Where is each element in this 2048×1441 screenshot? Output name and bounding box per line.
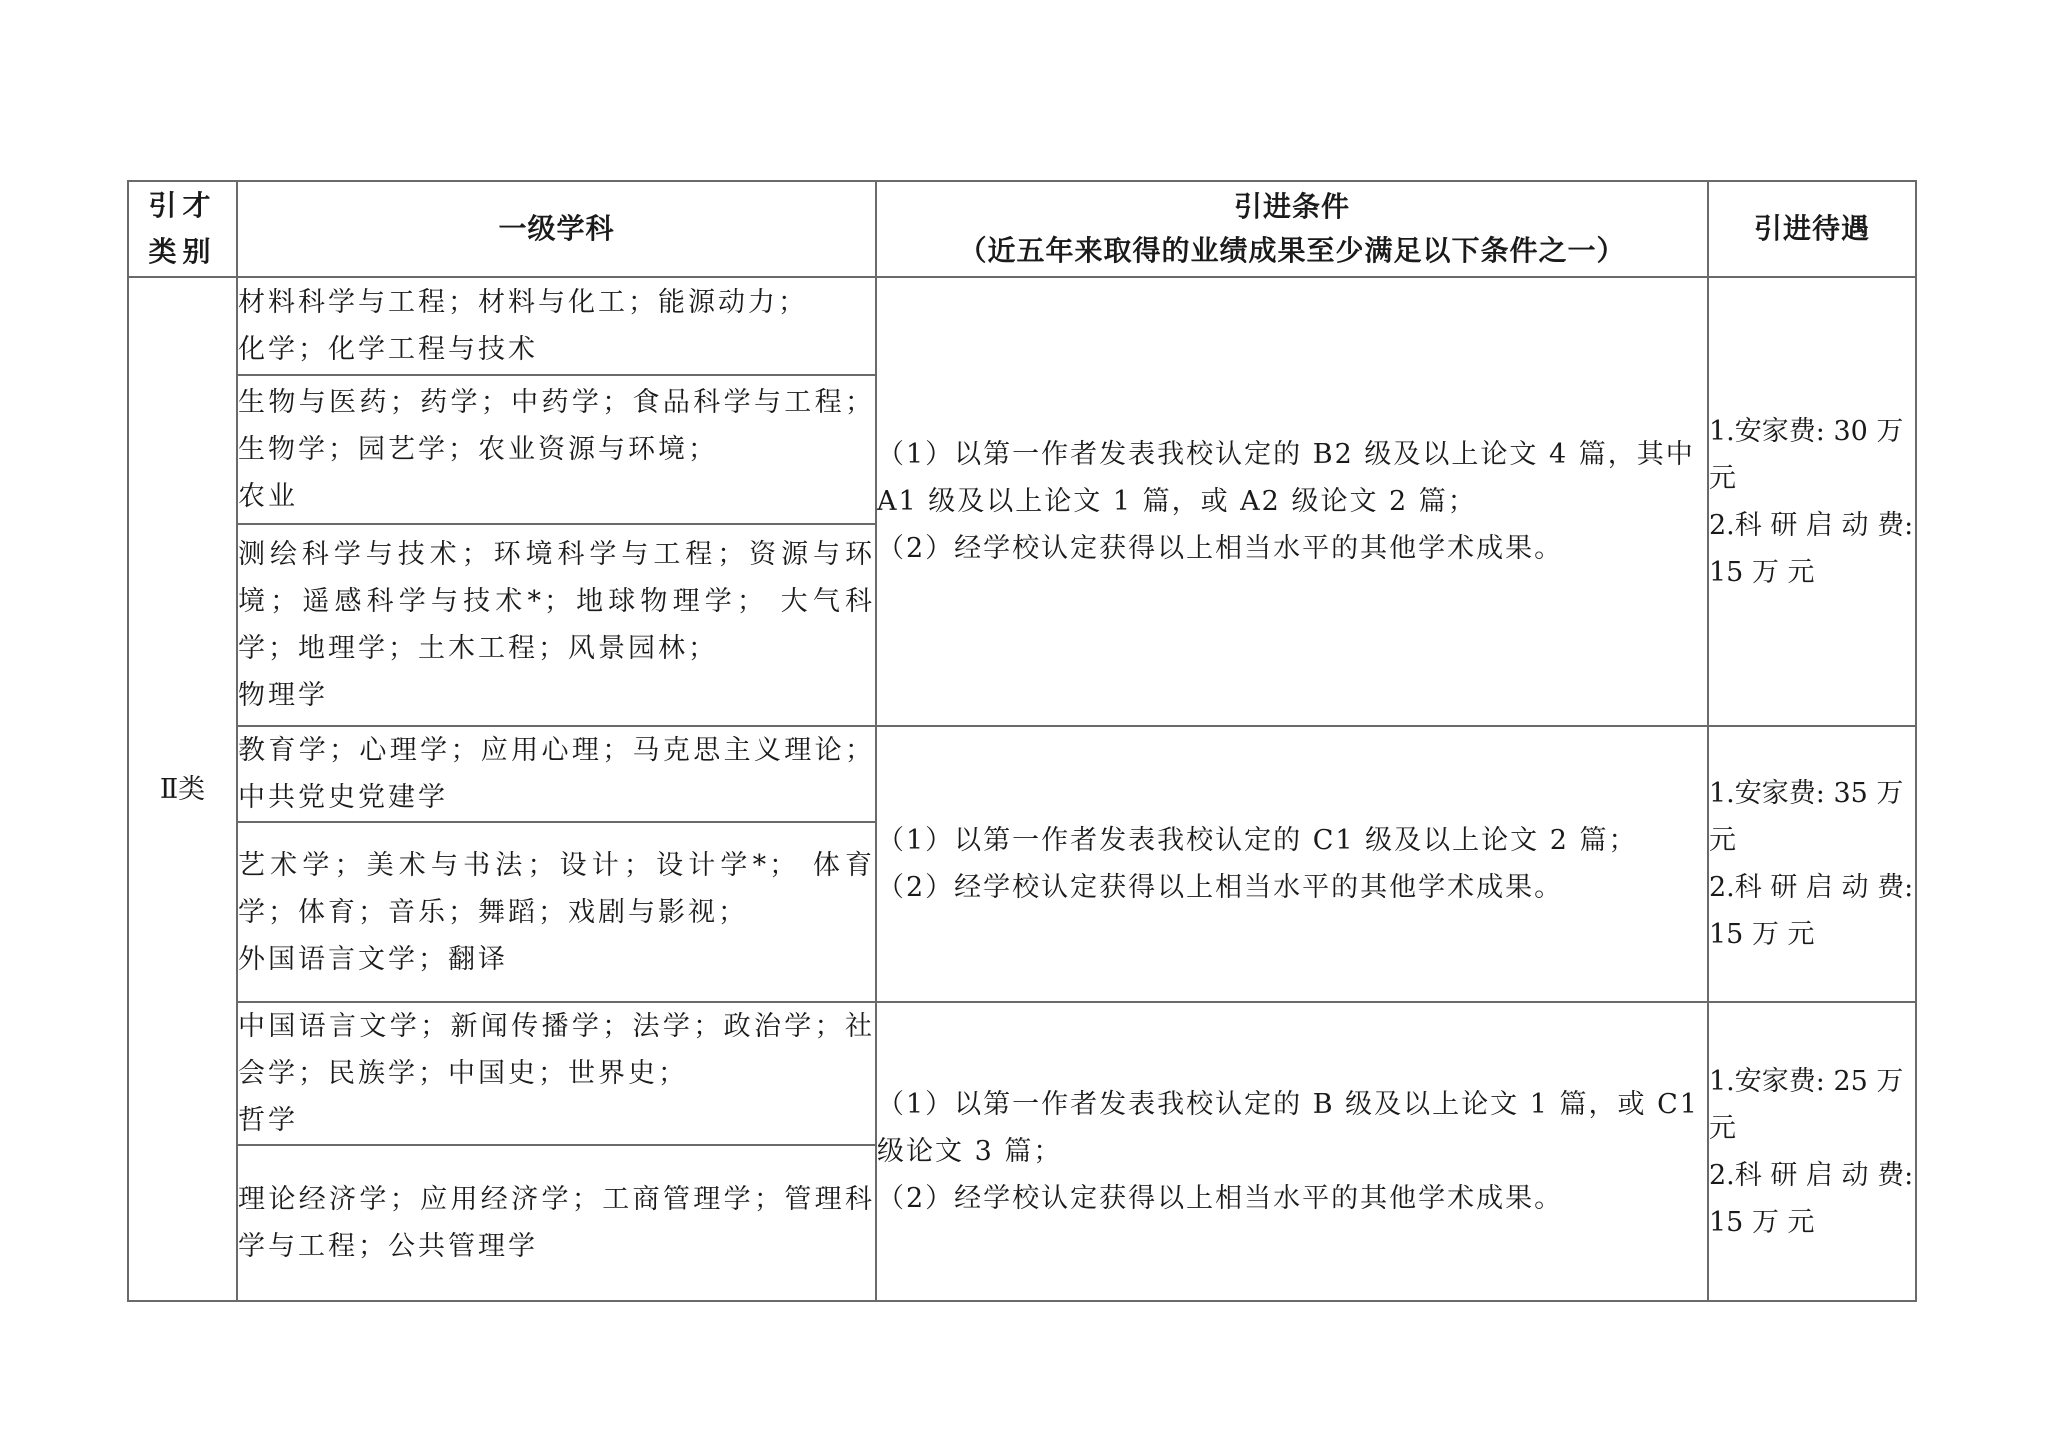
condition-item: （1）以第一作者发表我校认定的 C1 级及以上论文 2 篇；: [877, 817, 1707, 864]
benefits-cell: 1.安家费: 30 万元 2.科 研 启 动 费: 15 万 元: [1708, 277, 1916, 726]
benefit-item: 1.安家费: 30 万元: [1709, 408, 1915, 502]
document-page: 引才 类别 一级学科 引进条件 （近五年来取得的业绩成果至少满足以下条件之一） …: [0, 0, 2048, 1441]
benefits-cell: 1.安家费: 35 万元 2.科 研 启 动 费: 15 万 元: [1708, 726, 1916, 1002]
condition-item: （2）经学校认定获得以上相当水平的其他学术成果。: [877, 1175, 1707, 1222]
table-row: 教育学；心理学；应用心理；马克思主义理论；中共党史党建学 （1）以第一作者发表我…: [128, 726, 1916, 822]
header-conditions-title: 引进条件: [877, 185, 1707, 229]
benefits-cell: 1.安家费: 25 万元 2.科 研 启 动 费: 15 万 元: [1708, 1002, 1916, 1301]
category-cell: Ⅱ类: [128, 277, 237, 1301]
conditions-cell: （1）以第一作者发表我校认定的 B 级及以上论文 1 篇，或 C1 级论文 3 …: [876, 1002, 1708, 1301]
header-category-line1: 引才: [129, 183, 236, 229]
discipline-cell: 艺术学；美术与书法；设计；设计学*； 体育学；体育；音乐；舞蹈；戏剧与影视； 外…: [237, 822, 876, 1002]
condition-item: （2）经学校认定获得以上相当水平的其他学术成果。: [877, 864, 1707, 911]
discipline-text: 材料科学与工程；材料与化工；能源动力； 化学；化学工程与技术: [238, 279, 875, 373]
discipline-cell: 理论经济学；应用经济学；工商管理学；管理科学与工程；公共管理学: [237, 1145, 876, 1301]
discipline-text: 教育学；心理学；应用心理；马克思主义理论；中共党史党建学: [238, 727, 875, 821]
header-discipline: 一级学科: [237, 181, 876, 277]
header-discipline-label: 一级学科: [498, 212, 614, 245]
discipline-text: 中国语言文学；新闻传播学；法学；政治学；社会学；民族学；中国史；世界史； 哲学: [238, 1003, 875, 1144]
benefit-item: 2.科 研 启 动 费: 15 万 元: [1709, 502, 1915, 596]
header-conditions-subtitle: （近五年来取得的业绩成果至少满足以下条件之一）: [877, 229, 1707, 273]
discipline-text: 艺术学；美术与书法；设计；设计学*； 体育学；体育；音乐；舞蹈；戏剧与影视； 外…: [238, 842, 875, 983]
benefit-item: 1.安家费: 35 万元: [1709, 770, 1915, 864]
conditions-cell: （1）以第一作者发表我校认定的 C1 级及以上论文 2 篇； （2）经学校认定获…: [876, 726, 1708, 1002]
header-category: 引才 类别: [128, 181, 237, 277]
talent-policy-table: 引才 类别 一级学科 引进条件 （近五年来取得的业绩成果至少满足以下条件之一） …: [127, 180, 1917, 1302]
benefit-item: 2.科 研 启 动 费: 15 万 元: [1709, 1152, 1915, 1246]
condition-item: （2）经学校认定获得以上相当水平的其他学术成果。: [877, 525, 1707, 572]
discipline-text: 理论经济学；应用经济学；工商管理学；管理科学与工程；公共管理学: [238, 1176, 875, 1270]
table-row: 中国语言文学；新闻传播学；法学；政治学；社会学；民族学；中国史；世界史； 哲学 …: [128, 1002, 1916, 1145]
header-benefits-label: 引进待遇: [1754, 212, 1870, 245]
discipline-cell: 生物与医药；药学；中药学；食品科学与工程；生物学；园艺学；农业资源与环境； 农业: [237, 375, 876, 524]
discipline-cell: 中国语言文学；新闻传播学；法学；政治学；社会学；民族学；中国史；世界史； 哲学: [237, 1002, 876, 1145]
discipline-text: 生物与医药；药学；中药学；食品科学与工程；生物学；园艺学；农业资源与环境； 农业: [238, 379, 875, 520]
conditions-cell: （1）以第一作者发表我校认定的 B2 级及以上论文 4 篇，其中 A1 级及以上…: [876, 277, 1708, 726]
discipline-cell: 测绘科学与技术；环境科学与工程；资源与环境；遥感科学与技术*；地球物理学； 大气…: [237, 524, 876, 726]
table-row: Ⅱ类 材料科学与工程；材料与化工；能源动力； 化学；化学工程与技术 （1）以第一…: [128, 277, 1916, 375]
condition-item: （1）以第一作者发表我校认定的 B 级及以上论文 1 篇，或 C1 级论文 3 …: [877, 1081, 1707, 1175]
header-conditions: 引进条件 （近五年来取得的业绩成果至少满足以下条件之一）: [876, 181, 1708, 277]
header-benefits: 引进待遇: [1708, 181, 1916, 277]
discipline-cell: 教育学；心理学；应用心理；马克思主义理论；中共党史党建学: [237, 726, 876, 822]
benefit-item: 2.科 研 启 动 费: 15 万 元: [1709, 864, 1915, 958]
discipline-cell: 材料科学与工程；材料与化工；能源动力； 化学；化学工程与技术: [237, 277, 876, 375]
condition-item: （1）以第一作者发表我校认定的 B2 级及以上论文 4 篇，其中 A1 级及以上…: [877, 431, 1707, 525]
benefit-item: 1.安家费: 25 万元: [1709, 1058, 1915, 1152]
table-header-row: 引才 类别 一级学科 引进条件 （近五年来取得的业绩成果至少满足以下条件之一） …: [128, 181, 1916, 277]
header-category-line2: 类别: [129, 229, 236, 275]
discipline-text: 测绘科学与技术；环境科学与工程；资源与环境；遥感科学与技术*；地球物理学； 大气…: [238, 531, 875, 719]
